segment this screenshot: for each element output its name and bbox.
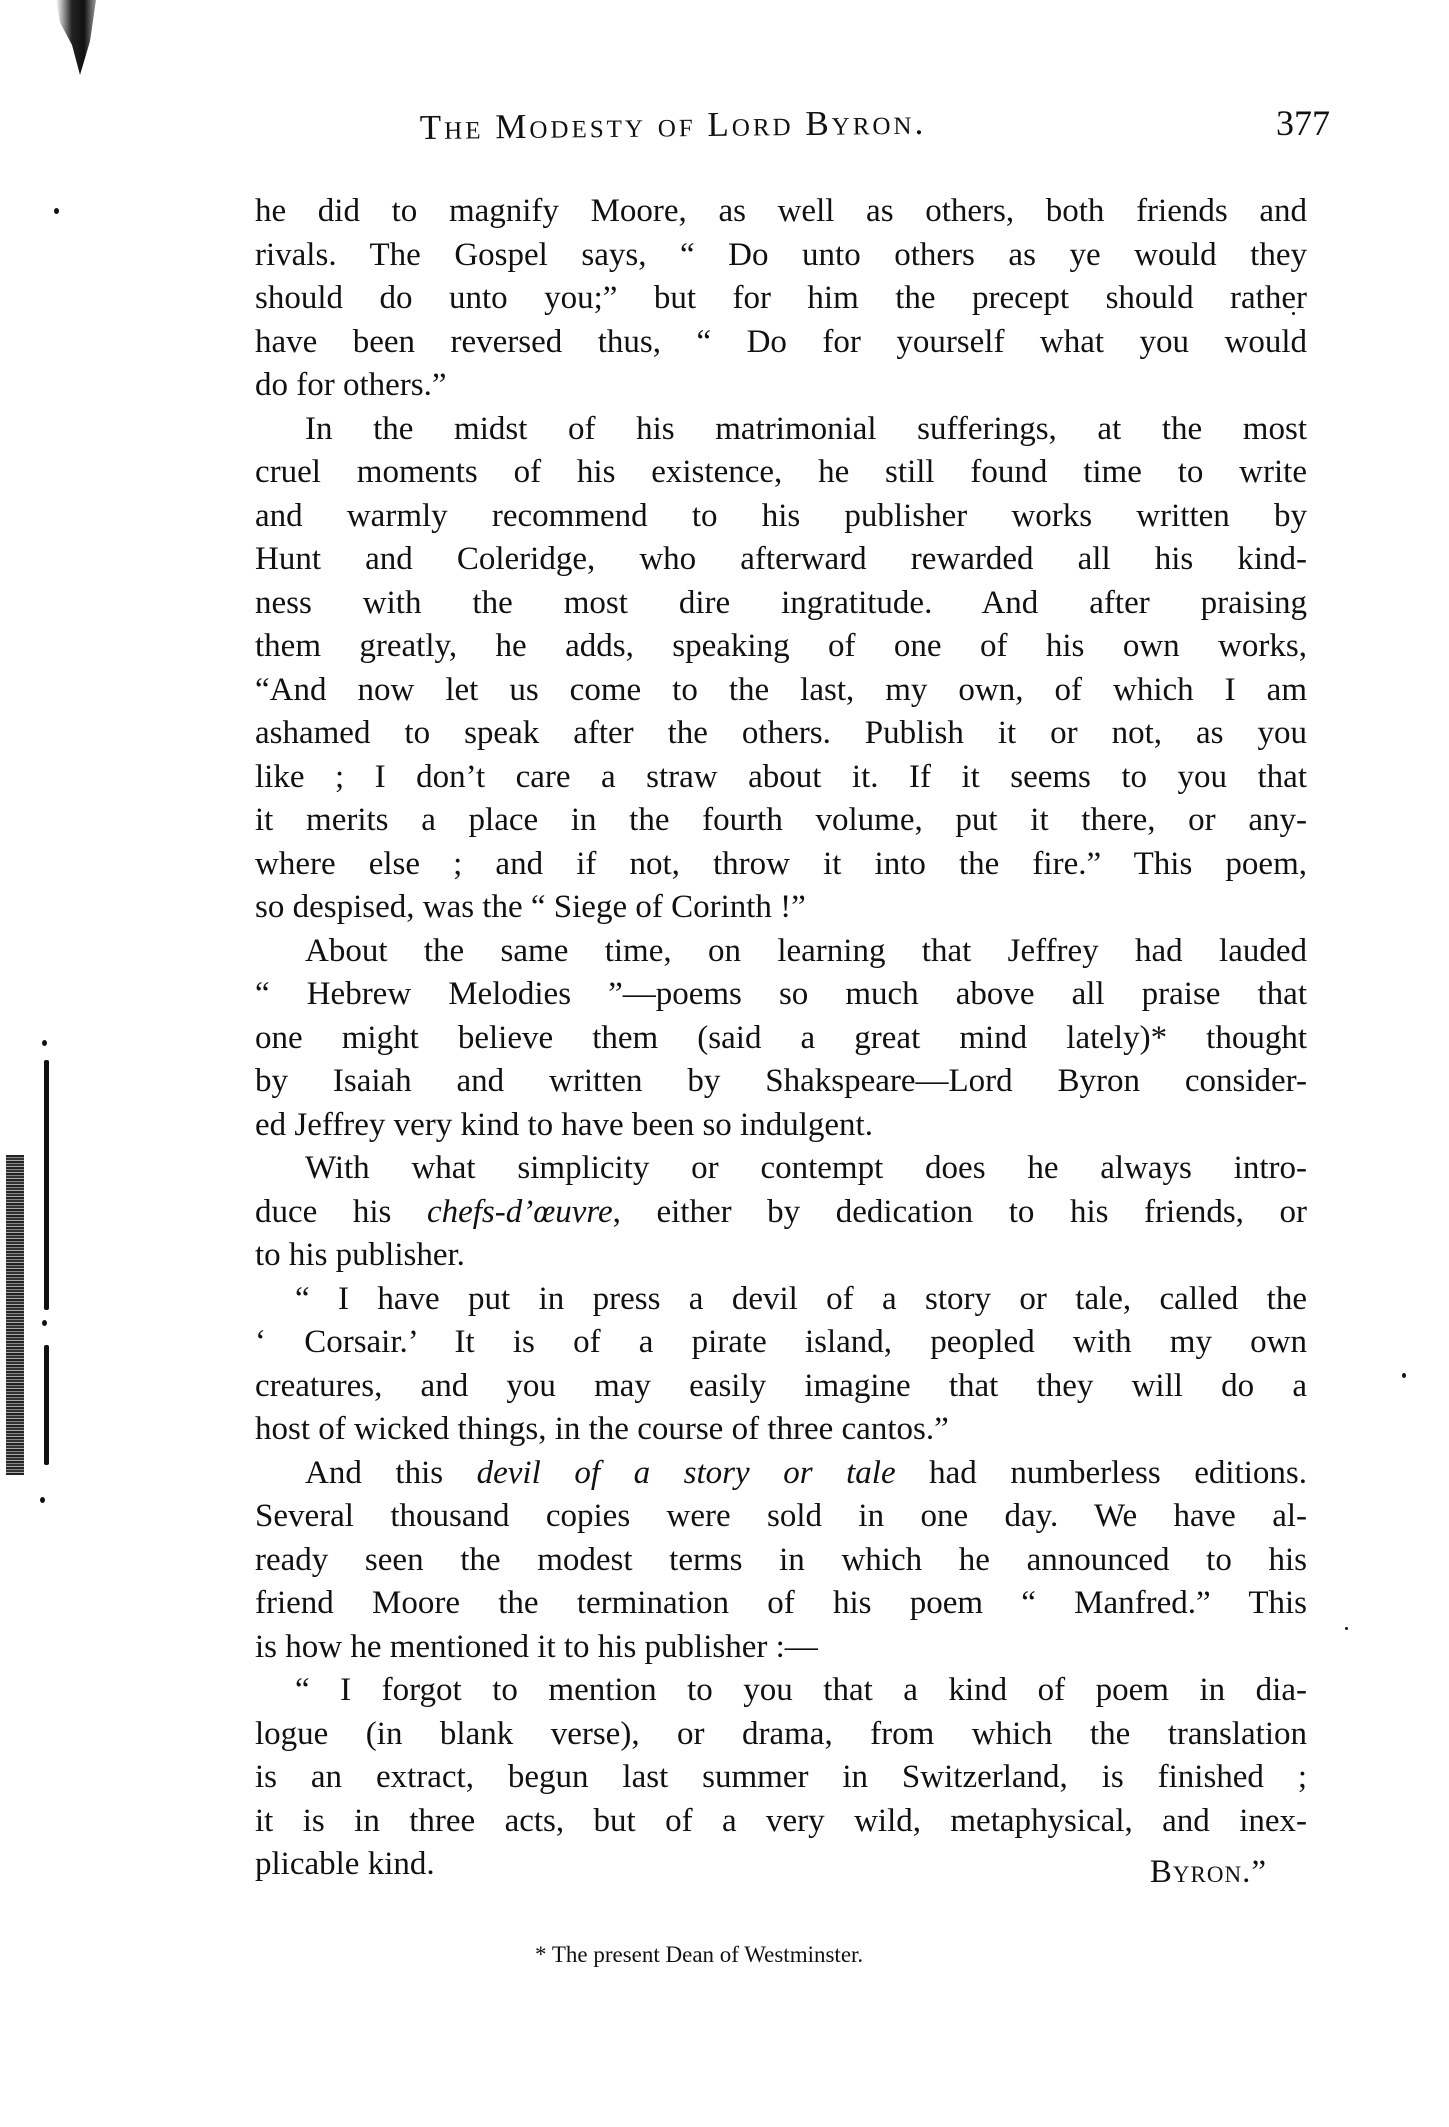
- scan-smudge: [56, 0, 96, 75]
- italic-phrase: devil of a story or tale: [477, 1455, 896, 1491]
- text-line: plicable kind.Byron.”: [255, 1843, 1307, 1887]
- text-line: by Isaiah and written by Shakspeare—Lord…: [255, 1060, 1307, 1104]
- text-fragment: had numberless editions.: [896, 1455, 1307, 1491]
- scan-speck: [1402, 1373, 1406, 1378]
- text-line: like ; I don’t care a straw about it. If…: [255, 756, 1307, 800]
- italic-phrase: chefs-d’œuvre: [427, 1194, 613, 1230]
- footnote: * The present Dean of Westminster.: [535, 1942, 863, 1968]
- running-header: The Modesty of Lord Byron. 377: [420, 108, 1320, 158]
- text-line: duce his chefs-d’œuvre, either by dedica…: [255, 1191, 1307, 1235]
- text-fragment: plicable kind.: [255, 1846, 435, 1882]
- text-line: Several thousand copies were sold in one…: [255, 1495, 1307, 1539]
- paragraph-start: With what simplicity or contempt does he…: [255, 1147, 1307, 1191]
- text-line: and warmly recommend to his publisher wo…: [255, 495, 1307, 539]
- binding-shadow-line: [44, 1060, 49, 1310]
- text-line: host of wicked things, in the course of …: [255, 1408, 1307, 1452]
- text-line: ashamed to speak after the others. Publi…: [255, 712, 1307, 756]
- text-line: to his publisher.: [255, 1234, 1307, 1278]
- scan-speck: [1345, 1627, 1348, 1630]
- text-line: ‘ Corsair.’ It is of a pirate island, pe…: [255, 1321, 1307, 1365]
- text-fragment: And this: [305, 1455, 477, 1491]
- text-line: is how he mentioned it to his publisher …: [255, 1626, 1307, 1670]
- text-line: Hunt and Coleridge, who afterward reward…: [255, 538, 1307, 582]
- text-line: friend Moore the termination of his poem…: [255, 1582, 1307, 1626]
- quote-start: “ I have put in press a devil of a story…: [255, 1278, 1307, 1322]
- body-text: he did to magnify Moore, as well as othe…: [255, 190, 1307, 1887]
- text-line: do for others.”: [255, 364, 1307, 408]
- text-line: it is in three acts, but of a very wild,…: [255, 1800, 1307, 1844]
- signature: Byron.”: [1150, 1851, 1267, 1895]
- text-line: he did to magnify Moore, as well as othe…: [255, 190, 1307, 234]
- running-title: The Modesty of Lord Byron.: [420, 103, 927, 148]
- text-line: one might believe them (said a great min…: [255, 1017, 1307, 1061]
- paragraph-start: About the same time, on learning that Je…: [255, 930, 1307, 974]
- text-line: rivals. The Gospel says, “ Do unto other…: [255, 234, 1307, 278]
- scan-speck: [42, 1040, 47, 1046]
- binding-shadow-line: [44, 1345, 49, 1465]
- text-line: where else ; and if not, throw it into t…: [255, 843, 1307, 887]
- text-line: “And now let us come to the last, my own…: [255, 669, 1307, 713]
- text-line: should do unto you;” but for him the pre…: [255, 277, 1307, 321]
- text-fragment: duce his: [255, 1194, 427, 1230]
- text-line: ready seen the modest terms in which he …: [255, 1539, 1307, 1583]
- scan-speck: [40, 1497, 45, 1503]
- paragraph-start: And this devil of a story or tale had nu…: [255, 1452, 1307, 1496]
- text-line: creatures, and you may easily imagine th…: [255, 1365, 1307, 1409]
- paragraph-start: In the midst of his matrimonial sufferin…: [255, 408, 1307, 452]
- text-fragment: , either by dedication to his friends, o…: [613, 1194, 1307, 1230]
- text-line: “ Hebrew Melodies ”—poems so much above …: [255, 973, 1307, 1017]
- text-line: ness with the most dire ingratitude. And…: [255, 582, 1307, 626]
- book-page: The Modesty of Lord Byron. 377 he did to…: [0, 0, 1449, 2127]
- text-line: it merits a place in the fourth volume, …: [255, 799, 1307, 843]
- text-line: so despised, was the “ Siege of Corinth …: [255, 886, 1307, 930]
- scan-speck: [54, 208, 59, 214]
- quote-start: “ I forgot to mention to you that a kind…: [255, 1669, 1307, 1713]
- binding-edge-texture: [6, 1155, 24, 1475]
- page-number: 377: [1276, 102, 1330, 144]
- text-line: logue (in blank verse), or drama, from w…: [255, 1713, 1307, 1757]
- scan-speck: [42, 1320, 47, 1326]
- text-line: ed Jeffrey very kind to have been so ind…: [255, 1104, 1307, 1148]
- text-line: have been reversed thus, “ Do for yourse…: [255, 321, 1307, 365]
- text-line: cruel moments of his existence, he still…: [255, 451, 1307, 495]
- text-line: is an extract, begun last summer in Swit…: [255, 1756, 1307, 1800]
- text-line: them greatly, he adds, speaking of one o…: [255, 625, 1307, 669]
